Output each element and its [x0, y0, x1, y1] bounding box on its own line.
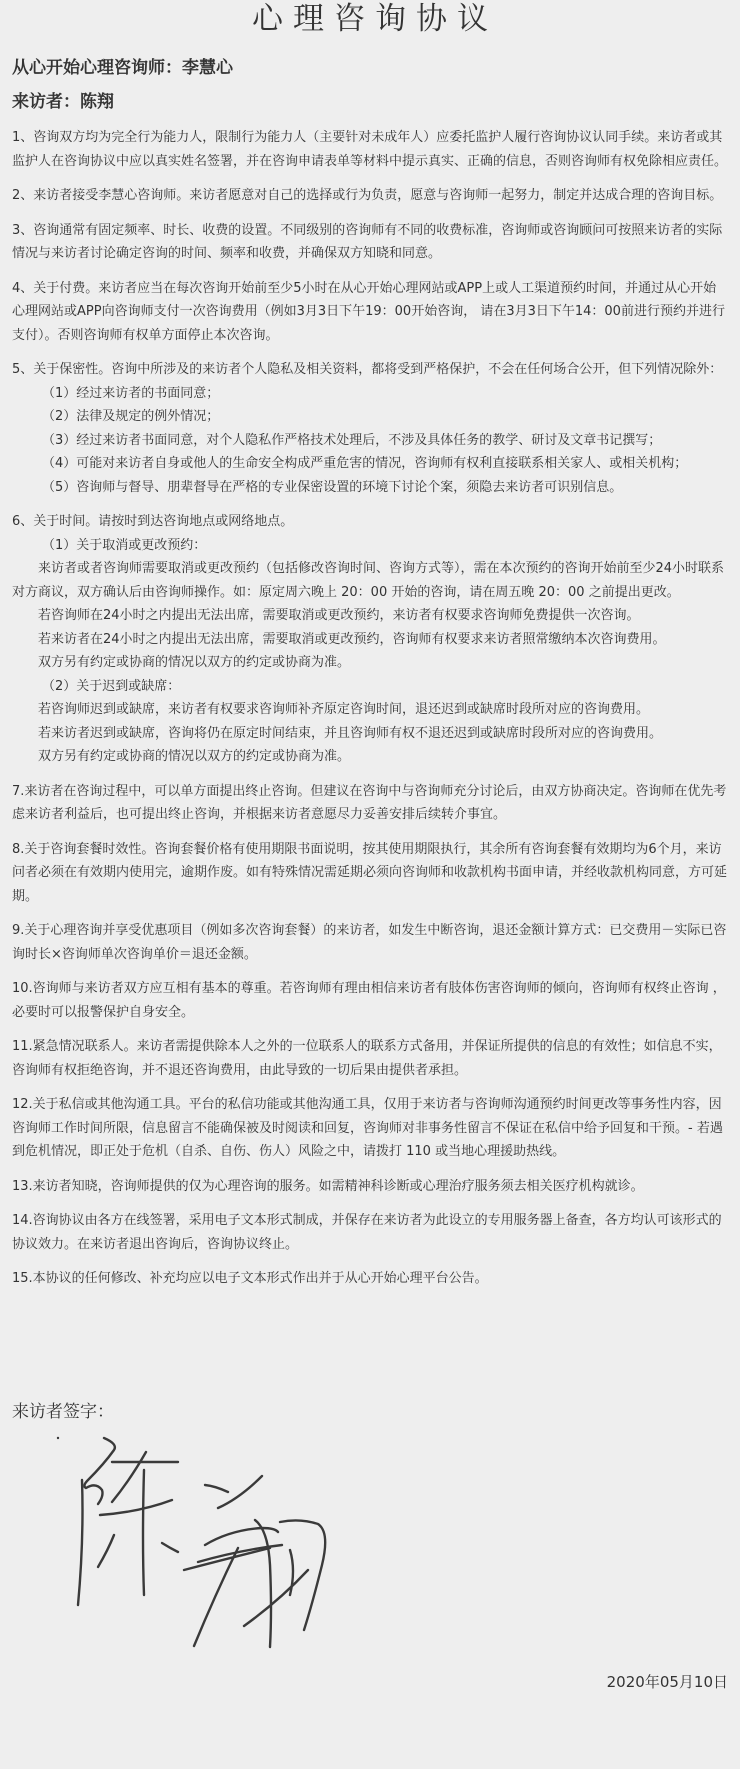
clause-5: 5、关于保密性。咨询中所涉及的来访者个人隐私及相关资料，都将受到严格保护，不会在… — [12, 358, 728, 499]
document-title: 心理咨询协议 — [0, 0, 740, 38]
clause-6-sub2-title: （2）关于迟到或缺席： — [12, 675, 728, 699]
clause-6: 6、关于时间。请按时到达咨询地点或网络地点。 （1）关于取消或更改预约： 来访者… — [12, 510, 728, 769]
clause-6-sub2-line: 双方另有约定或协商的情况以双方的约定或协商为准。 — [12, 745, 728, 769]
clause-10: 10.咨询师与来访者双方应互相有基本的尊重。若咨询师有理由相信来访者有肢体伤害咨… — [12, 977, 728, 1024]
clause-5-intro: 5、关于保密性。咨询中所涉及的来访者个人隐私及相关资料，都将受到严格保护，不会在… — [12, 358, 728, 382]
clause-13: 13.来访者知晓，咨询师提供的仅为心理咨询的服务。如需精神科诊断或心理治疗服务须… — [12, 1175, 728, 1199]
clause-8: 8.关于咨询套餐时效性。咨询套餐价格有使用期限书面说明，按其使用期限执行，其余所… — [12, 838, 728, 909]
clause-6-sub1-line: 双方另有约定或协商的情况以双方的约定或协商为准。 — [12, 651, 728, 675]
agreement-body: 1、咨询双方均为完全行为能力人，限制行为能力人（主要针对未成年人）应委托监护人履… — [12, 126, 728, 1302]
clause-6-sub1-line: 若咨询师在24小时之内提出无法出席，需要取消或更改预约，来访者有权要求咨询师免费… — [12, 604, 728, 628]
agreement-document: 心理咨询协议 从心开始心理咨询师：李慧心 来访者：陈翔 1、咨询双方均为完全行为… — [0, 0, 740, 1769]
clause-5-item: （3）经过来访者书面同意，对个人隐私作严格技术处理后，不涉及具体任务的教学、研讨… — [12, 429, 728, 453]
handwritten-signature — [0, 1420, 380, 1650]
clause-1: 1、咨询双方均为完全行为能力人，限制行为能力人（主要针对未成年人）应委托监护人履… — [12, 126, 728, 173]
clause-14: 14.咨询协议由各方在线签署，采用电子文本形式制成，并保存在来访者为此设立的专用… — [12, 1209, 728, 1256]
clause-5-item: （4）可能对来访者自身或他人的生命安全构成严重危害的情况，咨询师有权利直接联系相… — [12, 452, 728, 476]
client-line: 来访者：陈翔 — [12, 90, 114, 114]
clause-6-sub1-title: （1）关于取消或更改预约： — [12, 534, 728, 558]
signing-date: 2020年05月10日 — [607, 1672, 728, 1692]
clause-11: 11.紧急情况联系人。来访者需提供除本人之外的一位联系人的联系方式备用，并保证所… — [12, 1035, 728, 1082]
clause-5-item: （2）法律及规定的例外情况； — [12, 405, 728, 429]
clause-9: 9.关于心理咨询并享受优惠项目（例如多次咨询套餐）的来访者，如发生中断咨询，退还… — [12, 919, 728, 966]
clause-6-sub1-text: 来访者或者咨询师需要取消或更改预约（包括修改咨询时间、咨询方式等），需在本次预约… — [12, 557, 728, 604]
clause-7: 7.来访者在咨询过程中，可以单方面提出终止咨询。但建议在咨询中与咨询师充分讨论后… — [12, 780, 728, 827]
clause-15: 15.本协议的任何修改、补充均应以电子文本形式作出并于从心开始心理平台公告。 — [12, 1267, 728, 1291]
clause-5-item: （5）咨询师与督导、朋辈督导在严格的专业保密设置的环境下讨论个案，须隐去来访者可… — [12, 476, 728, 500]
counselor-line: 从心开始心理咨询师：李慧心 — [12, 56, 233, 80]
clause-4: 4、关于付费。来访者应当在每次咨询开始前至少5小时在从心开始心理网站或APP上或… — [12, 277, 728, 348]
clause-12: 12.关于私信或其他沟通工具。平台的私信功能或其他沟通工具，仅用于来访者与咨询师… — [12, 1093, 728, 1164]
clause-6-sub1-line: 若来访者在24小时之内提出无法出席，需要取消或更改预约，咨询师有权要求来访者照常… — [12, 628, 728, 652]
clause-6-intro: 6、关于时间。请按时到达咨询地点或网络地点。 — [12, 510, 728, 534]
clause-5-item: （1）经过来访者的书面同意； — [12, 382, 728, 406]
clause-3: 3、咨询通常有固定频率、时长、收费的设置。不同级别的咨询师有不同的收费标准，咨询… — [12, 219, 728, 266]
clause-6-sub2-line: 若来访者迟到或缺席，咨询将仍在原定时间结束，并且咨询师有权不退还迟到或缺席时段所… — [12, 722, 728, 746]
clause-6-sub2-line: 若咨询师迟到或缺席，来访者有权要求咨询师补齐原定咨询时间，退还迟到或缺席时段所对… — [12, 698, 728, 722]
clause-2: 2、来访者接受李慧心咨询师。来访者愿意对自己的选择或行为负责，愿意与咨询师一起努… — [12, 184, 728, 208]
